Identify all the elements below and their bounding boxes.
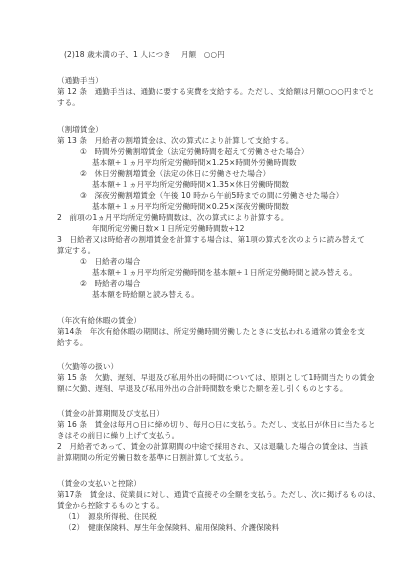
- numbered-item-line: ③ 深夜労働割増賃金（午後 10 時から午前5時までの間に労働させた場合）: [80, 190, 343, 201]
- article-line: 第 15 条 欠勤、遅刻、早退及び私用外出の時間については、原則として1時間当た…: [57, 372, 375, 383]
- formula-line: 基本額÷１ヵ月平均所定労働時間×1.35×休日労働時間数: [92, 179, 289, 190]
- section-heading: （通勤手当）: [57, 75, 103, 86]
- list-line: （2） 健康保険料、厚生年金保険料、雇用保険料、介護保険料: [64, 522, 279, 533]
- body-line: きはその前日に繰り上げて支払う。: [57, 430, 179, 441]
- section-heading: （年次有給休暇の賃金）: [57, 315, 141, 326]
- body-line: 2 月給者であって、賃金の計算期間の中途で採用され、又は退職した場合の賃金は、当…: [57, 441, 368, 452]
- numbered-item-line: ② 時給者の場合: [80, 278, 140, 289]
- formula-line: 基本額を時給額と読み替える。: [92, 289, 199, 300]
- formula-line: 基本額÷１ヵ月平均所定労働時間×0.25×深夜労働時間数: [92, 201, 289, 212]
- body-line: 額に欠勤、遅刻、早退及び私用外出の合計時間数を乗じた額を差し引くものとする。: [57, 383, 347, 394]
- section-heading: （欠勤等の扱い）: [57, 361, 118, 372]
- article-line: 第17条 賃金は、従業員に対し、通貨で直接その全額を支払う。ただし、次に掲げるも…: [57, 489, 380, 500]
- article-line: 第 12 条 通勤手当は、通勤に要する実費を支給する。ただし、支給額は月額○○○…: [57, 86, 375, 97]
- numbered-item-line: ① 時間外労働割増賃金（法定労働時間を超えて労働させた場合）: [80, 146, 309, 157]
- list-line: （1） 源泉所得税、住民税: [64, 511, 157, 522]
- body-line: 算定する。: [57, 245, 95, 256]
- body-line: 3 日給者又は時給者の割増賃金を計算する場合は、第1項の算式を次のように読み替え…: [57, 234, 365, 245]
- numbered-item-line: ② 休日労働割増賃金（法定の休日に労働させた場合）: [80, 168, 270, 179]
- article-line: 第 13 条 月給者の割増賃金は、次の算式により計算して支給する。: [57, 135, 293, 146]
- document-page: (2)18 歳未満の子、1 人につき 月額 ○○円（通勤手当）第 12 条 通勤…: [0, 0, 410, 580]
- body-line: 計算期間の所定労働日数を基準に日割計算して支払う。: [57, 452, 248, 463]
- section-heading: （賃金の計算期間及び支払日）: [57, 408, 164, 419]
- body-line: 給する。: [57, 337, 88, 348]
- formula-line: 年間所定労働日数×１日所定労働時間数÷12: [92, 223, 245, 234]
- section-heading: （割増賃金）: [57, 124, 103, 135]
- section-heading: （賃金の支払いと控除）: [57, 478, 141, 489]
- numbered-item-line: ① 日給者の場合: [80, 256, 140, 267]
- body-line: する。: [57, 97, 80, 108]
- article-line: 第 16 条 賃金は毎月○日に締め切り、毎月○日に支払う。ただし、支払日が休日に…: [57, 419, 376, 430]
- list-line: (2)18 歳未満の子、1 人につき 月額 ○○円: [64, 49, 225, 60]
- formula-line: 基本額÷１ヵ月平均所定労働時間を基本額÷１日所定労働時間と読み替える。: [92, 267, 357, 278]
- body-line: 賃金から控除するものとする。: [57, 500, 164, 511]
- body-line: 2 前項の1ヵ月平均所定労働時間数は、次の算式により計算する。: [57, 212, 288, 223]
- article-line: 第14条 年次有給休暇の期間は、所定労働時間労働したときに支払われる通常の賃金を…: [57, 326, 365, 337]
- formula-line: 基本額÷１ヵ月平均所定労働時間×1.25×時間外労働時間数: [92, 157, 297, 168]
